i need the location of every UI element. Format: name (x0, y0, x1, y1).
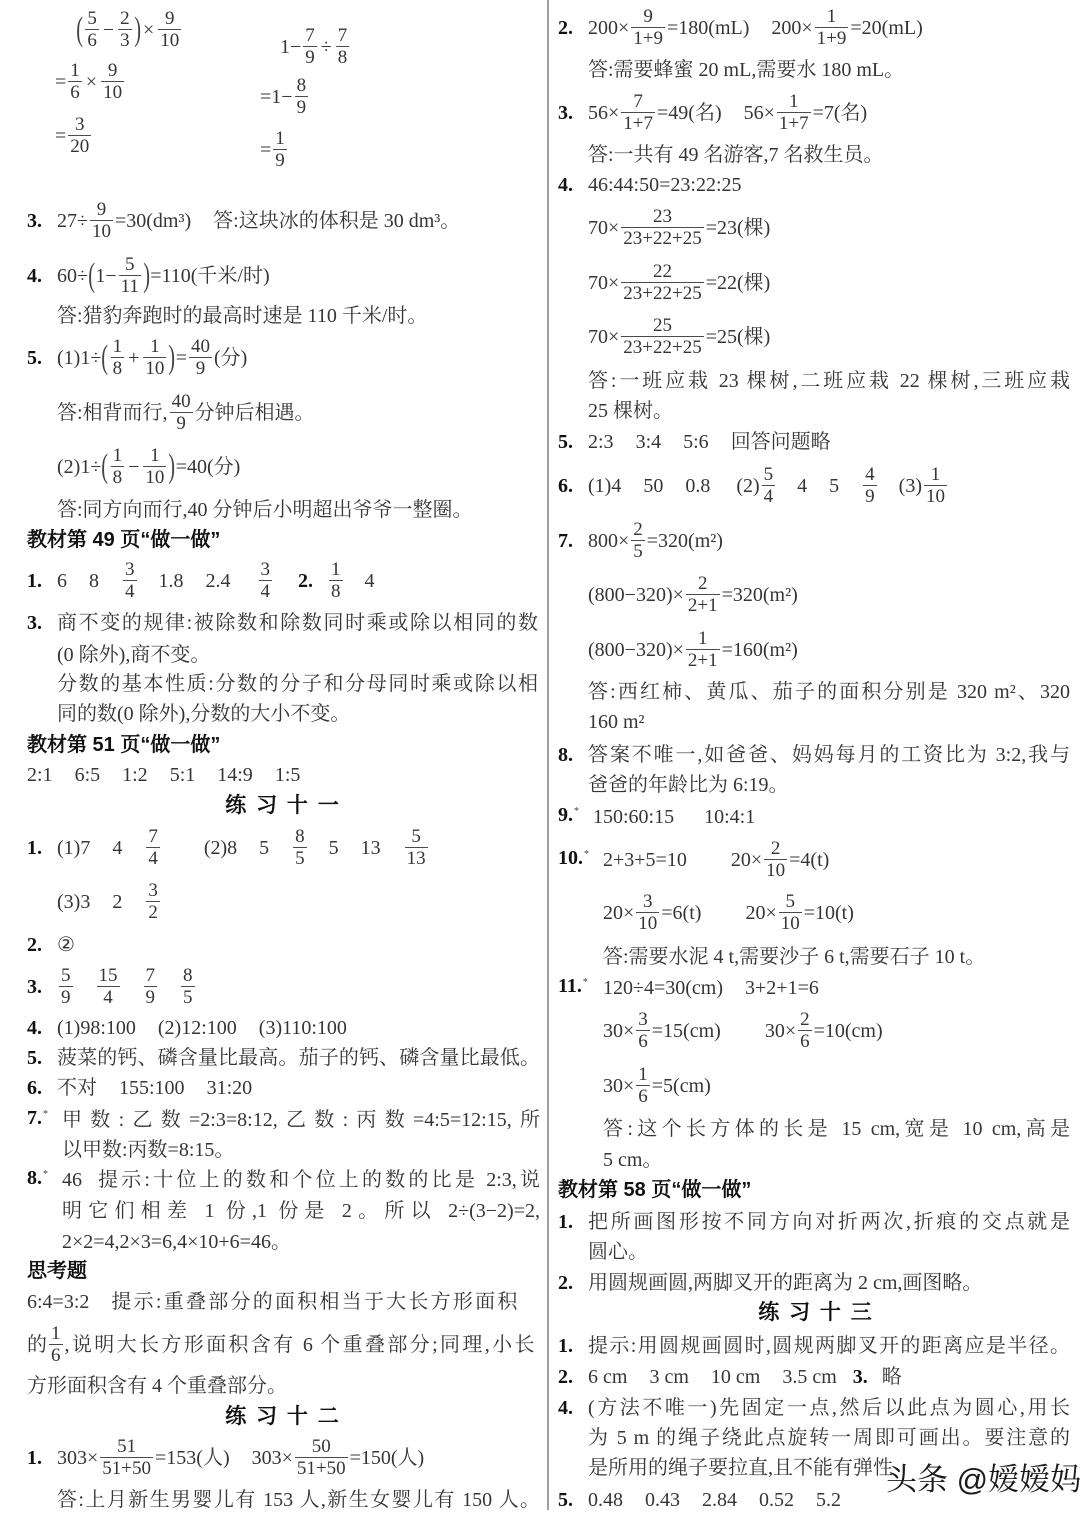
math-result: =160(m²) (722, 630, 798, 670)
ex11-q3: 3. 59 154 79 85 (27, 967, 197, 1007)
numerator: 3 (636, 1011, 650, 1031)
denominator: 10 (143, 358, 166, 378)
fraction: 16 (636, 1066, 650, 1106)
ex12-q3: 3. 56× 71+7 =49(名) 56× 11+7 =7(名) (558, 93, 867, 133)
operator: × (84, 62, 99, 102)
answer-text: 答:相背而行, (57, 393, 168, 433)
denominator: 10 (779, 913, 802, 933)
numerator: 7 (621, 93, 655, 113)
math-text: 2+3+5=10 (603, 840, 687, 880)
equals: = (55, 116, 66, 156)
math-text: 46:44:50=23:22:25 (588, 165, 742, 205)
numerator: 3 (68, 116, 91, 136)
math-result: =7(名) (813, 93, 868, 133)
denominator: 4 (762, 486, 776, 506)
prev-q5-part-1: 5. (1)1÷ ( 18 + 110 ) = 409 (分) (27, 338, 247, 378)
answer-value: 6 (57, 561, 67, 601)
ex11-q8-line-3: 2×2=4,2×3=6,4×10+6=46。 (62, 1222, 291, 1262)
item-number: 2. (558, 8, 588, 48)
numerator: 1 (815, 8, 849, 28)
answer-text: 回答问题略 (731, 422, 831, 462)
math-result: =320(m²) (722, 575, 798, 615)
operator: − (126, 447, 141, 487)
answer-value: (3)3 (57, 882, 90, 922)
ex12-q6: 6. (1)4 50 0.8 (2) 54 4 5 49 (3) 110 (558, 466, 949, 506)
math-text: 20× (603, 893, 634, 933)
ex12-q11-line-1: 11.* 120÷4=30(cm) 3+2+1=6 (558, 968, 819, 1008)
calc-a-step-2: = 16 × 910 (55, 62, 126, 102)
fraction: 409 (189, 338, 212, 378)
fraction: 78 (336, 27, 350, 67)
math-result: =153(人) (155, 1438, 230, 1478)
denominator: 10 (143, 467, 166, 487)
denominator: 6 (798, 1031, 812, 1051)
denominator: 10 (764, 860, 787, 880)
denominator: 23+22+25 (621, 228, 703, 248)
answer-text: 答:需要蜂蜜 20 mL,需要水 180 mL。 (588, 50, 904, 90)
exercise-11-title: 练 习 十 一 (203, 786, 363, 826)
ex11-q1-line-1: 1. (1)7 4 74 (2)8 5 85 5 13 513 (27, 828, 430, 868)
math-text: 30× (603, 1011, 634, 1051)
item-number: 8.* (27, 1158, 62, 1202)
fraction: 110 (143, 338, 166, 378)
denominator: 1+7 (777, 113, 811, 133)
fraction: 26 (798, 1011, 812, 1051)
numerator: 2 (764, 840, 787, 860)
answer-text: 答:西红柿、黄瓜、茄子的面积分别是 320 m²、320 m²、 (588, 672, 1070, 712)
numerator: 2 (631, 521, 645, 541)
denominator: 13 (405, 848, 428, 868)
numerator: 3 (146, 882, 160, 902)
fraction: 110 (143, 447, 166, 487)
item-number-text: 8. (27, 1167, 42, 1189)
math-text: 56× (744, 93, 775, 133)
numerator: 50 (295, 1438, 348, 1458)
operator: ÷ (319, 27, 334, 67)
item-number: 3. (27, 967, 57, 1007)
item-number: 1. (27, 828, 57, 868)
fraction: 49 (863, 466, 877, 506)
fraction: 310 (636, 893, 659, 933)
item-number: 10.* (558, 838, 603, 882)
answer-text: 答:这块冰的体积是 30 dm³。 (213, 201, 460, 241)
math-text: (1)1÷ (57, 338, 101, 378)
denominator: 1+7 (621, 113, 655, 133)
numerator: 4 (863, 466, 877, 486)
fraction: 56 (85, 10, 99, 50)
ratio-answer: 6:5 (75, 755, 101, 795)
math-text: 303× (252, 1438, 293, 1478)
math-result: =23(棵) (706, 208, 771, 248)
numerator: 1 (143, 338, 166, 358)
ex12-q11-line-3: 30× 16 =5(cm) (603, 1066, 711, 1106)
denominator: 9 (189, 358, 212, 378)
answer-value: 1.8 (159, 561, 184, 601)
fraction: 71+7 (621, 93, 655, 133)
ex12-q7-calc-2: (800−320)× 22+1 =320(m²) (588, 575, 798, 615)
math-text: 303× (57, 1438, 98, 1478)
answer-value: 2.4 (206, 561, 231, 601)
equals: = (55, 62, 66, 102)
numerator: 23 (621, 208, 703, 228)
math-text: 56× (588, 93, 619, 133)
fraction: 16 (68, 62, 82, 102)
fraction: 79 (303, 27, 317, 67)
ex12-q4-calc-3: 70× 2523+22+25 =25(棵) (588, 317, 770, 357)
denominator: 4 (259, 581, 273, 601)
item-number-text: 11. (558, 975, 582, 997)
fraction: 23 (118, 10, 132, 50)
denominator: 9 (863, 486, 877, 506)
item-number-text: 10. (558, 847, 583, 869)
fraction: 74 (146, 828, 160, 868)
denominator: 6 (68, 82, 82, 102)
numerator: 1 (273, 130, 287, 150)
item-number-text: 7. (27, 1107, 42, 1129)
denominator: 11 (119, 276, 141, 296)
numerator: 7 (146, 828, 160, 848)
calc-b-step-1: 1− 79 ÷ 78 (280, 27, 351, 67)
item-number: 5. (558, 422, 588, 462)
ex12-q10-line-2: 20× 310 =6(t) 20× 510 =10(t) (603, 893, 854, 933)
math-result: =180(mL) (667, 8, 749, 48)
calc-a-step-1: ( 56 − 23 ) × 910 (76, 10, 183, 50)
numerator: 9 (158, 10, 181, 30)
answer-value: ② (57, 925, 75, 965)
math-result: =10(t) (804, 893, 854, 933)
hint-text: 提示:重叠部分的面积相当于大长方形面积 (111, 1282, 517, 1322)
denominator: 10 (924, 486, 947, 506)
denominator: 23+22+25 (621, 283, 703, 303)
item-number: 1. (27, 561, 57, 601)
fraction: 910 (90, 201, 113, 241)
fraction: 5151+50 (100, 1438, 153, 1478)
numerator: 2 (118, 10, 132, 30)
math-result: =110(千米/时) (150, 256, 269, 296)
math-text: 70× (588, 317, 619, 357)
numerator: 3 (636, 893, 659, 913)
math-text: 30× (603, 1066, 634, 1106)
challenge-mark: * (583, 977, 588, 988)
ex12-q9: 9.* 150:60:15 10:4:1 (558, 797, 755, 837)
ex12-q2-answer: 答:需要蜂蜜 20 mL,需要水 180 mL。 (588, 50, 904, 90)
denominator: 10 (158, 30, 181, 50)
numerator: 8 (181, 967, 195, 987)
item-number: 6. (558, 466, 588, 506)
numerator: 5 (59, 967, 73, 987)
ex11-q2: 2. ② (27, 925, 75, 965)
ex12-q4-calc-1: 70× 2323+22+25 =23(棵) (588, 208, 770, 248)
fraction: 11+7 (777, 93, 811, 133)
numerator: 9 (101, 62, 124, 82)
fraction: 91+9 (631, 8, 665, 48)
calc-b-step-2: =1− 89 (260, 77, 310, 117)
item-number-text: 9. (558, 804, 573, 826)
fraction: 59 (59, 967, 73, 1007)
answer-text: 答:猎豹奔跑时的最高时速是 110 千米/时。 (57, 296, 427, 336)
item-number: 3. (27, 201, 57, 241)
denominator: 10 (90, 221, 113, 241)
open-paren: ( (88, 256, 95, 296)
numerator: 1 (49, 1325, 63, 1345)
item-number: 9.* (558, 795, 593, 839)
fraction: 511 (119, 256, 141, 296)
numerator: 1 (111, 447, 125, 467)
numerator: 5 (85, 10, 99, 30)
math-text: 120÷4=30(cm) (603, 968, 723, 1008)
numerator: 8 (293, 828, 307, 848)
denominator: 4 (146, 848, 160, 868)
fraction: 110 (924, 466, 947, 506)
math-result: =22(棵) (706, 263, 771, 303)
fraction: 513 (405, 828, 428, 868)
numerator: 1 (636, 1066, 650, 1086)
close-paren: ) (134, 10, 141, 50)
answer-value: 8 (89, 561, 99, 601)
hint-text: 2×2=4,2×3=6,4×10+6=46。 (62, 1222, 291, 1262)
answer-value: 5:6 (683, 422, 709, 462)
denominator: 1+9 (631, 28, 665, 48)
math-text: 800× (588, 521, 629, 561)
numerator: 2 (686, 575, 720, 595)
ratio-answer: 2:1 (27, 755, 53, 795)
item-number: 7. (558, 521, 588, 561)
denominator: 5 (293, 848, 307, 868)
fraction: 32 (146, 882, 160, 922)
denominator: 8 (111, 358, 125, 378)
item-number: 2. (558, 1263, 588, 1303)
fraction: 89 (295, 77, 309, 117)
numerator: 7 (303, 27, 317, 47)
close-paren: ) (169, 338, 176, 378)
answer-value: (1)4 (588, 466, 621, 506)
math-text: 27÷ (57, 201, 88, 241)
ex12-q11-line-2: 30× 36 =15(cm) 30× 26 =10(cm) (603, 1011, 883, 1051)
numerator: 3 (123, 561, 137, 581)
ex12-q7-calc-1: 7. 800× 25 =320(m²) (558, 521, 723, 561)
answer-value: 0.48 (588, 1480, 623, 1520)
sub-label: (2) (736, 466, 759, 506)
prev-q3: 3. 27÷ 910 =30(dm³) 答:这块冰的体积是 30 dm³。 (27, 201, 460, 241)
math-result: =320(m²) (647, 521, 723, 561)
numerator: 2 (798, 1011, 812, 1031)
numerator: 7 (336, 27, 350, 47)
math-result: =6(t) (661, 893, 701, 933)
denominator: 8 (329, 581, 343, 601)
thinking-line-2: 的 16 ,说明大长方形面积含有 6 个重叠部分;同理,小长 (27, 1325, 535, 1365)
fraction: 5051+50 (295, 1438, 348, 1478)
challenge-mark: * (43, 1109, 48, 1120)
ex12-q1: 1. 303× 5151+50 =153(人) 303× 5051+50 =15… (27, 1438, 424, 1478)
ex11-q1-line-2: (3)3 2 32 (57, 882, 162, 922)
sub-label: (3) (899, 466, 922, 506)
math-text: 60÷ (57, 256, 88, 296)
denominator: 10 (636, 913, 659, 933)
challenge-mark: * (574, 806, 579, 817)
fraction: 2223+22+25 (621, 263, 703, 303)
item-number: 2. (27, 925, 57, 965)
numerator: 9 (90, 201, 113, 221)
answer-value: 4 (797, 466, 807, 506)
numerator: 1 (924, 466, 947, 486)
numerator: 22 (621, 263, 703, 283)
denominator: 23+22+25 (621, 337, 703, 357)
fraction: 12+1 (686, 630, 720, 670)
denominator: 6 (85, 30, 99, 50)
denominator: 2 (146, 902, 160, 922)
item-number: 5. (27, 338, 57, 378)
answer-value: 2.84 (702, 1480, 737, 1520)
answer-value: 6:4=3:2 (27, 1282, 89, 1322)
denominator: 5 (631, 541, 645, 561)
close-paren: ) (169, 447, 176, 487)
ex12-q11-answer-1: 答:这个长方体的长是 15 cm,宽是 10 cm,高是 (603, 1109, 1070, 1149)
prev-q4-answer: 答:猎豹奔跑时的最高时速是 110 千米/时。 (57, 296, 427, 336)
prev-q5-part-2: (2)1÷ ( 18 − 110 ) =40(分) (57, 447, 240, 487)
item-number: 1. (27, 1438, 57, 1478)
denominator: 20 (68, 136, 91, 156)
denominator: 3 (118, 30, 132, 50)
operator: × (141, 10, 156, 50)
calc-a-step-3: = 320 (55, 116, 93, 156)
numerator: 5 (779, 893, 802, 913)
section-heading-p49: 教材第 49 页“做一做” (27, 520, 220, 560)
math-text: 70× (588, 208, 619, 248)
numerator: 40 (170, 393, 193, 413)
prev-q4: 4. 60÷ ( 1− 511 ) =110(千米/时) (27, 256, 270, 296)
numerator: 5 (119, 256, 141, 276)
math-text: (800−320)× (588, 630, 684, 670)
answer-value: 5 (259, 828, 269, 868)
fraction: 79 (144, 967, 158, 1007)
fraction: 25 (631, 521, 645, 561)
fraction: 34 (259, 561, 273, 601)
answer-text: 答:上月新生男婴儿有 153 人,新生女婴儿有 150 人。 (57, 1480, 540, 1520)
numerator: 1 (111, 338, 125, 358)
fraction: 154 (97, 967, 120, 1007)
fraction: 16 (49, 1325, 63, 1365)
ex12-q7-calc-3: (800−320)× 12+1 =160(m²) (588, 630, 798, 670)
answer-value: 150:60:15 (593, 797, 674, 837)
fraction: 18 (111, 338, 125, 378)
numerator: 40 (189, 338, 212, 358)
numerator: 1 (143, 447, 166, 467)
math-result: =4(t) (789, 840, 829, 880)
ex12-q7-answer-1: 答:西红柿、黄瓜、茄子的面积分别是 320 m²、320 m²、 (588, 672, 1070, 712)
numerator: 1 (329, 561, 343, 581)
item-number: 4. (558, 165, 588, 205)
answer-value: 4 (112, 828, 122, 868)
denominator: 10 (101, 82, 124, 102)
ratio-answer: 5:1 (170, 755, 196, 795)
fraction: 320 (68, 116, 91, 156)
denominator: 51+50 (295, 1458, 348, 1478)
equals: = (260, 130, 271, 170)
fraction: 18 (329, 561, 343, 601)
denominator: 8 (336, 47, 350, 67)
denominator: 9 (295, 97, 309, 117)
math-text: 200× (771, 8, 812, 48)
answer-value: 2 (112, 882, 122, 922)
math-text: 1− (280, 27, 301, 67)
ex12-q5: 5. 2:3 3:4 5:6 回答问题略 (558, 422, 831, 462)
ratio-answer: 1:2 (122, 755, 148, 795)
math-result: =20(mL) (850, 8, 922, 48)
prev-q5-answer-1: 答:相背而行, 409 分钟后相遇。 (57, 393, 315, 433)
math-result: =30(dm³) (115, 201, 191, 241)
operator: + (126, 338, 141, 378)
denominator: 9 (273, 150, 287, 170)
denominator: 5 (181, 987, 195, 1007)
numerator: 5 (405, 828, 428, 848)
math-text: 1− (95, 256, 116, 296)
fraction: 18 (111, 447, 125, 487)
fraction: 34 (123, 561, 137, 601)
hint-text: 的 (27, 1325, 47, 1365)
answer-value: 13 (361, 828, 381, 868)
answer-value: 5.2 (816, 1480, 841, 1520)
denominator: 4 (97, 987, 120, 1007)
item-number: 4. (558, 1388, 588, 1428)
math-text: 30× (765, 1011, 796, 1051)
numerator: 3 (259, 561, 273, 581)
calc-b-step-3: = 19 (260, 130, 289, 170)
answer-value: 4 (365, 561, 375, 601)
numerator: 1 (68, 62, 82, 82)
denominator: 8 (111, 467, 125, 487)
ex12-q1-answer: 答:上月新生男婴儿有 153 人,新生女婴儿有 150 人。 (57, 1480, 540, 1520)
item-number: 8. (558, 735, 588, 775)
answer-value: 50 (643, 466, 663, 506)
answer-value: 3:4 (636, 422, 662, 462)
answer-value: 0.52 (759, 1480, 794, 1520)
unit-text: (分) (214, 338, 247, 378)
denominator: 9 (59, 987, 73, 1007)
math-text: (2)1÷ (57, 447, 101, 487)
numerator: 9 (631, 8, 665, 28)
answer-value: 10:4:1 (704, 797, 755, 837)
answer-key-page: ( 56 − 23 ) × 910 = 16 × 910 = 320 1− 79… (0, 0, 1080, 1522)
item-number: 5. (558, 1480, 588, 1520)
math-result: =150(人) (350, 1438, 425, 1478)
numerator: 1 (777, 93, 811, 113)
math-text: 20× (731, 840, 762, 880)
ex13-q5: 5. 0.48 0.43 2.84 0.52 5.2 (558, 1480, 841, 1520)
answer-value: (2)8 (204, 828, 237, 868)
ex12-q10-line-1: 10.* 2+3+5=10 20× 210 =4(t) (558, 840, 829, 880)
fraction: 409 (170, 393, 193, 433)
item-number: 3. (27, 603, 57, 643)
fraction: 85 (181, 967, 195, 1007)
answer-text: 分钟后相遇。 (195, 393, 315, 433)
answer-value: (1)7 (57, 828, 90, 868)
math-result: =10(cm) (814, 1011, 883, 1051)
close-paren: ) (143, 256, 150, 296)
watermark: 头条 @嫒嫒妈 (886, 1460, 1080, 1500)
numerator: 51 (100, 1438, 153, 1458)
exercise-12-title: 练 习 十 二 (203, 1397, 363, 1437)
p49-q1-q2: 1. 6 8 34 1.8 2.4 34 2. 18 4 (27, 561, 375, 601)
hint-text: ,说明大长方形面积含有 6 个重叠部分;同理,小长 (65, 1325, 535, 1365)
item-number: 3. (558, 93, 588, 133)
answer-text: 把所画图形按不同方向对折两次,折痕的交点就是 (588, 1202, 1070, 1242)
denominator: 1+9 (815, 28, 849, 48)
math-text: 200× (588, 8, 629, 48)
column-divider (547, 0, 549, 1510)
fraction: 510 (779, 893, 802, 933)
ex12-q2: 2. 200× 91+9 =180(mL) 200× 11+9 =20(mL) (558, 8, 923, 48)
math-text: (800−320)× (588, 575, 684, 615)
